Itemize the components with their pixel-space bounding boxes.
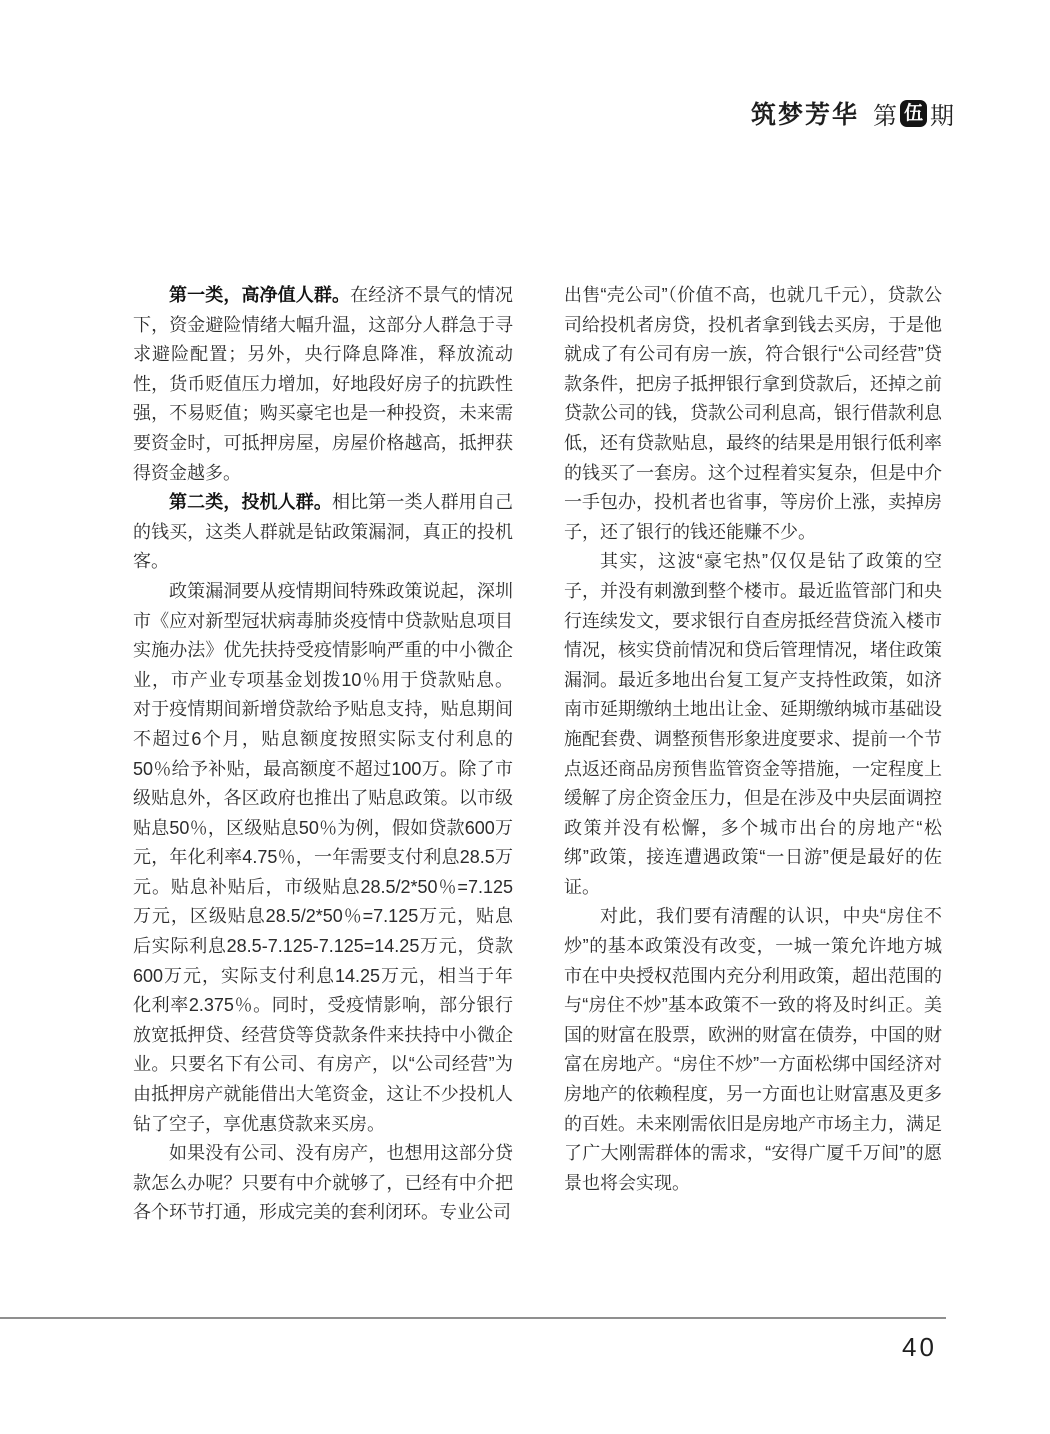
issue-suffix: 期 <box>930 96 954 131</box>
magazine-page: 筑梦芳华 第 伍 期 第一类，高净值人群。在经济不景气的情况下，资金避险情绪大幅… <box>0 0 1050 1434</box>
paragraph-text: 在经济不景气的情况下，资金避险情绪大幅升温，这部分人群急于寻求避险配置；另外，央… <box>133 285 513 483</box>
page-number: 40 <box>902 1332 937 1363</box>
paragraph-no-company: 如果没有公司、没有房产，也想用这部分贷款怎么办呢？只要有中介就够了，已经有中介把… <box>133 1139 513 1228</box>
issue-number-badge: 伍 <box>900 100 927 127</box>
paragraph-high-net-worth: 第一类，高净值人群。在经济不景气的情况下，资金避险情绪大幅升温，这部分人群急于寻… <box>133 281 513 488</box>
page-header: 筑梦芳华 第 伍 期 <box>751 95 954 131</box>
paragraph-lead: 第二类，投机人群。 <box>169 492 332 512</box>
paragraph-text: 对此，我们要有清醒的认识，中央“房住不炒”的基本政策没有改变，一城一策允许地方城… <box>564 906 942 1192</box>
issue-prefix: 第 <box>873 96 897 131</box>
left-column: 第一类，高净值人群。在经济不景气的情况下，资金避险情绪大幅升温，这部分人群急于寻… <box>133 281 513 1228</box>
paragraph-speculators: 第二类，投机人群。相比第一类人群用自己的钱买，这类人群就是钻政策漏洞，真正的投机… <box>133 488 513 577</box>
article-body: 第一类，高净值人群。在经济不景气的情况下，资金避险情绪大幅升温，这部分人群急于寻… <box>133 281 942 1228</box>
paragraph-shell-company: 出售“壳公司”（价值不高，也就几千元），贷款公司给投机者房贷，投机者拿到钱去买房… <box>564 281 942 547</box>
footer-divider <box>0 1317 946 1319</box>
magazine-title: 筑梦芳华 <box>751 95 859 131</box>
paragraph-conclusion: 对此，我们要有清醒的认识，中央“房住不炒”的基本政策没有改变，一城一策允许地方城… <box>564 902 942 1198</box>
paragraph-text: 如果没有公司、没有房产，也想用这部分贷款怎么办呢？只要有中介就够了，已经有中介把… <box>133 1143 513 1222</box>
paragraph-lead: 第一类，高净值人群。 <box>169 285 350 305</box>
paragraph-policy-loophole: 政策漏洞要从疫情期间特殊政策说起，深圳市《应对新型冠状病毒肺炎疫情中贷款贴息项目… <box>133 577 513 1139</box>
paragraph-text: 政策漏洞要从疫情期间特殊政策说起，深圳市《应对新型冠状病毒肺炎疫情中贷款贴息项目… <box>133 581 513 1134</box>
right-column: 出售“壳公司”（价值不高，也就几千元），贷款公司给投机者房贷，投机者拿到钱去买房… <box>564 281 942 1228</box>
paragraph-text: 其实，这波“豪宅热”仅仅是钻了政策的空子，并没有刺激到整个楼市。最近监管部门和央… <box>564 551 942 897</box>
paragraph-text: 出售“壳公司”（价值不高，也就几千元），贷款公司给投机者房贷，投机者拿到钱去买房… <box>564 285 942 542</box>
issue-label: 第 伍 期 <box>873 96 954 131</box>
paragraph-luxury-home-fever: 其实，这波“豪宅热”仅仅是钻了政策的空子，并没有刺激到整个楼市。最近监管部门和央… <box>564 547 942 902</box>
